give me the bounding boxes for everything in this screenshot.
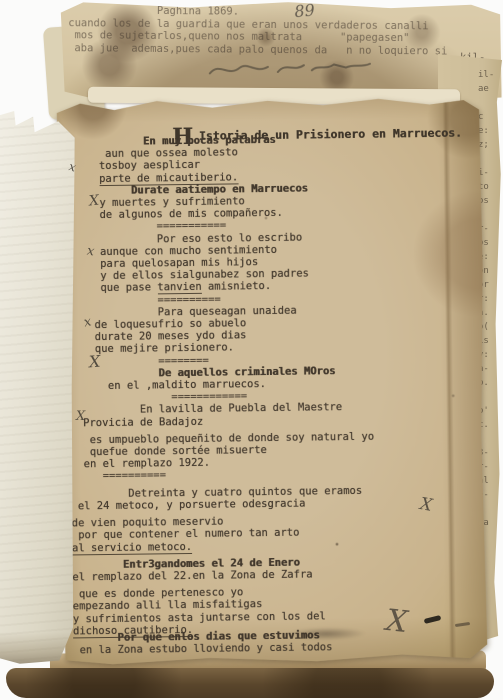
typed-divider: ========== <box>71 468 375 482</box>
typed-line: el remplazo del 22.en la Zona de Zafra <box>72 568 376 584</box>
handwritten-x-mark: X <box>88 352 101 372</box>
handwritten-x-mark: X <box>76 409 85 424</box>
main-typewritten-page: HIstoria de un Prisionero en Marruecos. … <box>55 95 488 666</box>
dark-stack-edge <box>6 668 494 698</box>
handwritten-page-number: 89 <box>294 0 316 21</box>
typed-line: en la Zona estubo lloviendo y casi todos <box>73 641 377 657</box>
typed-body: En muy pocas palabras aun que ossea mole… <box>67 133 377 657</box>
photo-of-typewritten-page: Paghina 1869. cuando los de la guardia q… <box>0 0 503 700</box>
typed-line: el 24 metoco, y porsuerte odesgracia <box>71 497 375 513</box>
folded-paper-edge <box>0 110 75 666</box>
faded-typed-lines: Paghina 1869. cuando los de la guardia q… <box>68 4 448 58</box>
handwritten-scribble <box>206 53 386 83</box>
main-page-wrapper: HIstoria de un Prisionero en Marruecos. … <box>55 95 488 666</box>
handwritten-x-mark: X <box>384 603 409 640</box>
handwritten-x-mark: X <box>88 193 100 210</box>
ink-smudge <box>286 627 366 641</box>
